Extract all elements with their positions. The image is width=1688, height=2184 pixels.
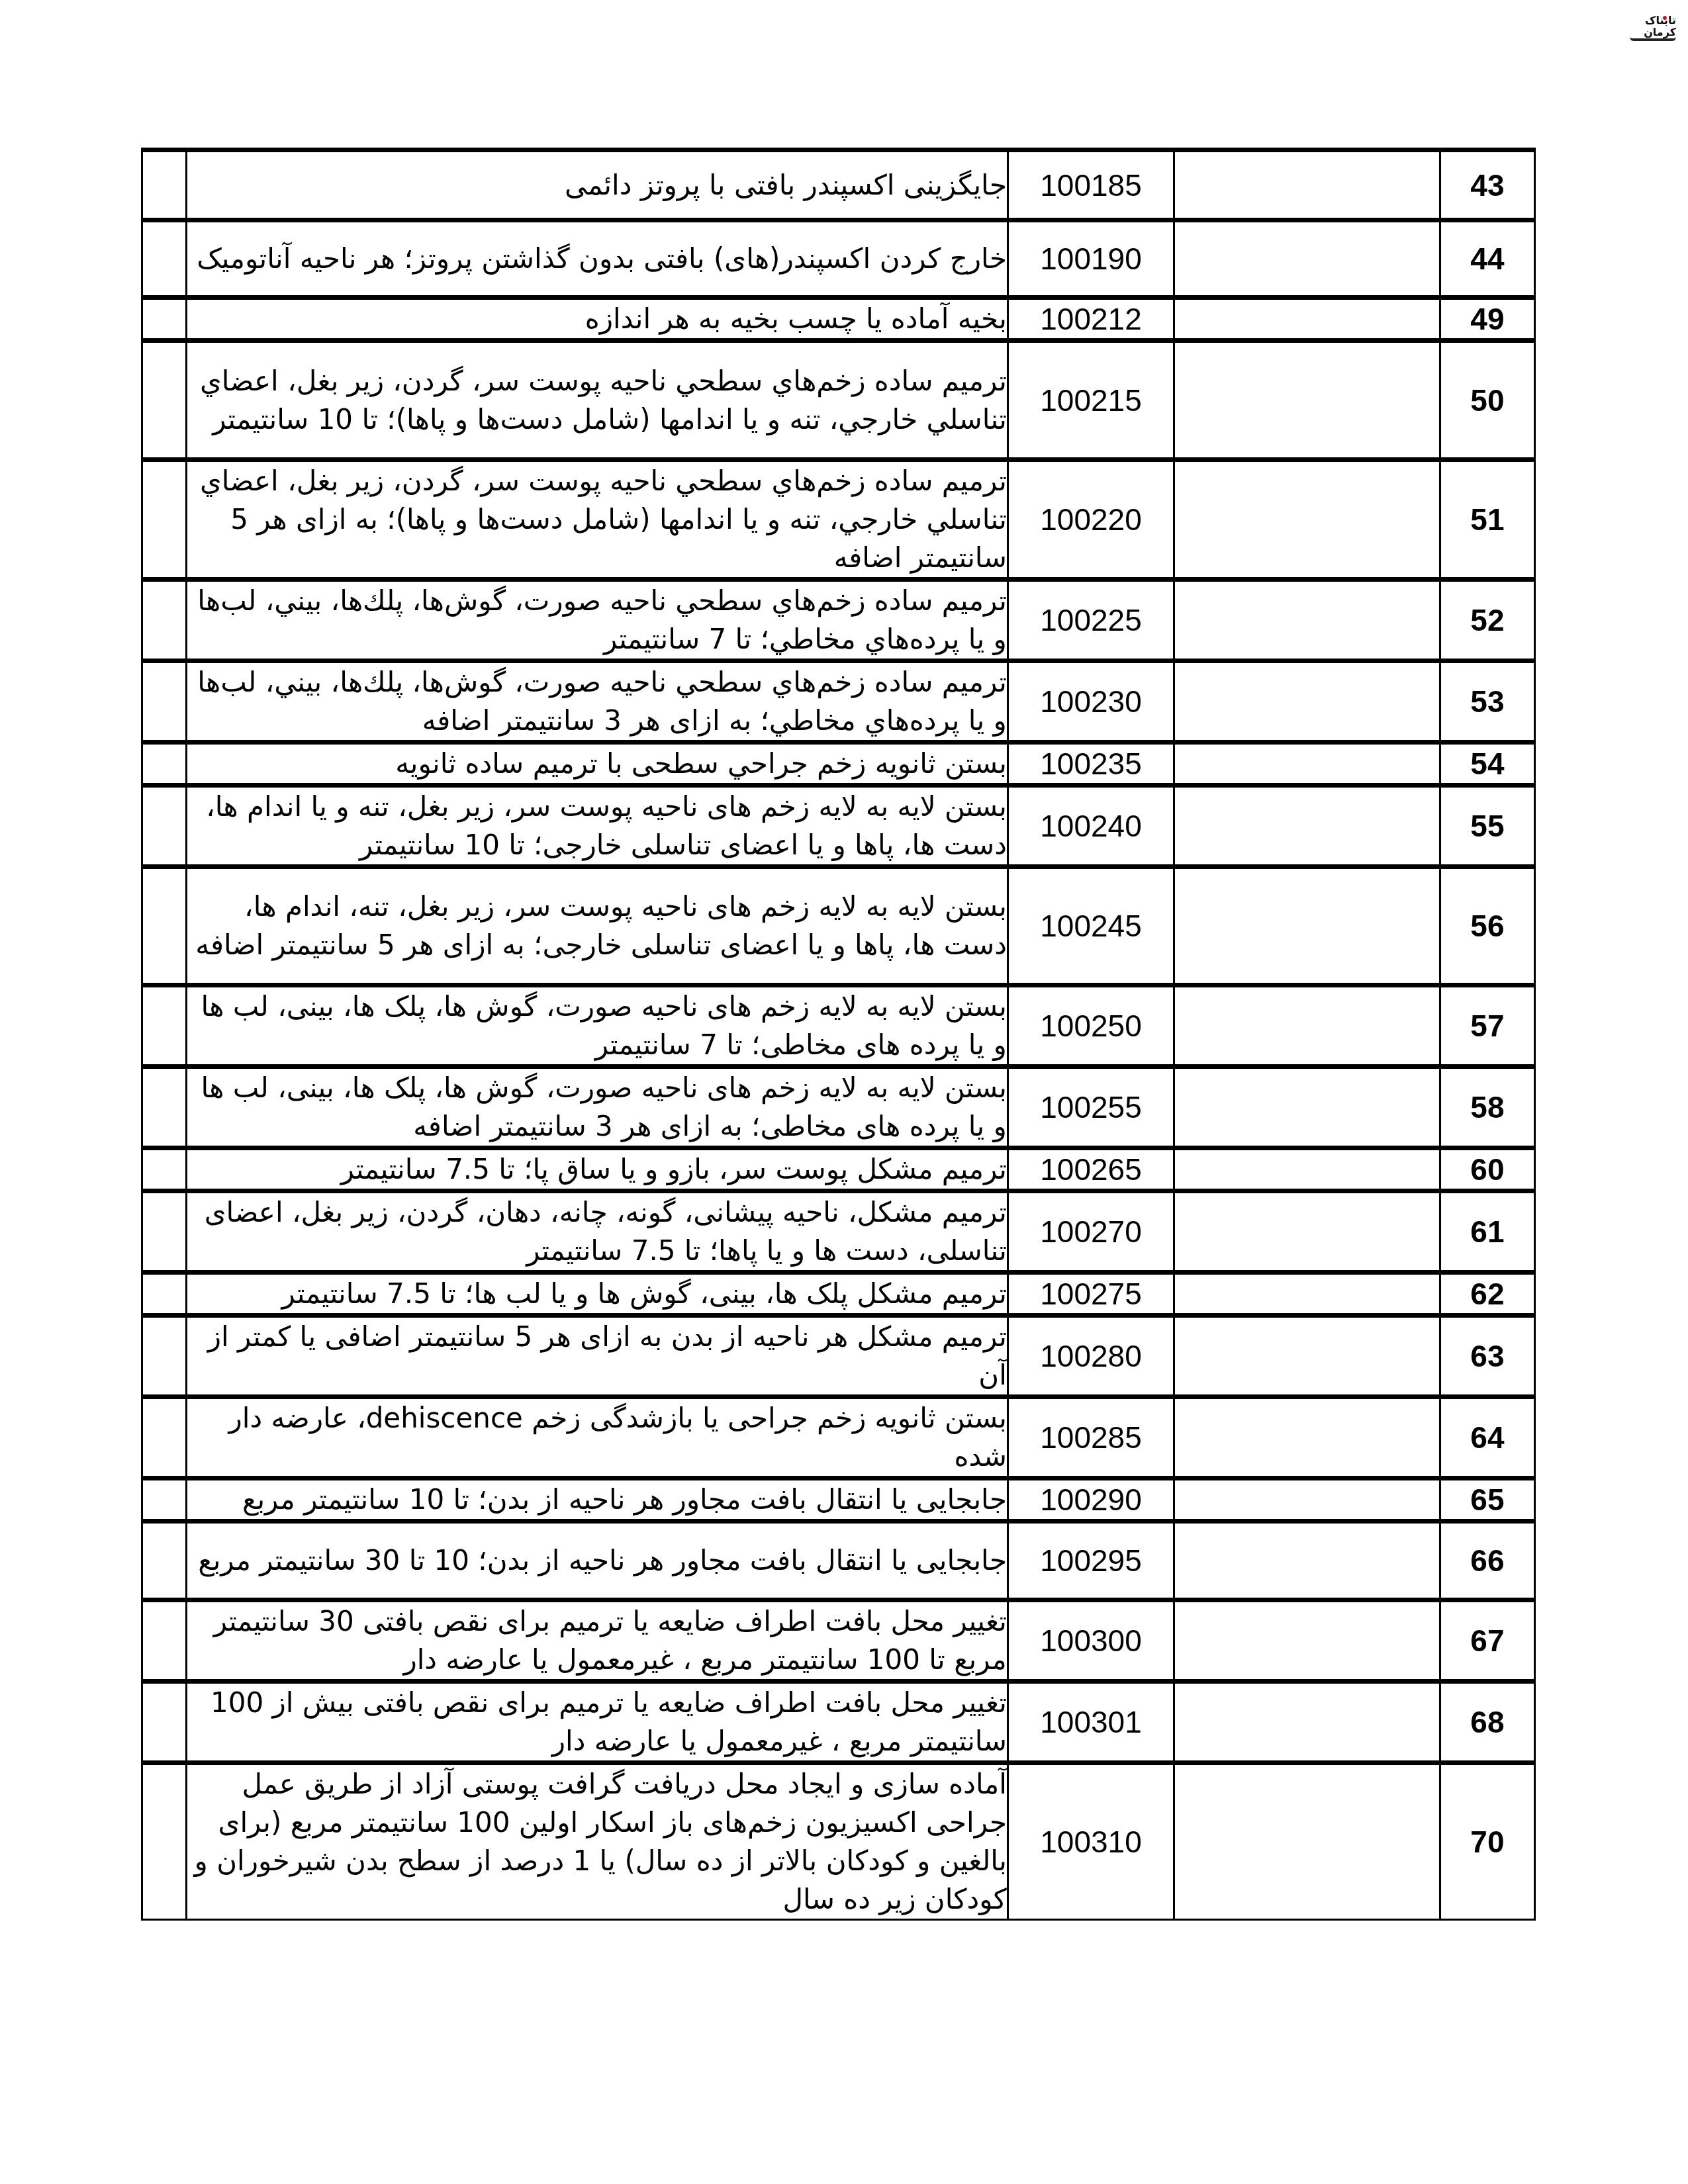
row-number-cell: 49 bbox=[1440, 298, 1534, 341]
value-cell bbox=[1174, 1397, 1440, 1479]
row-number-cell: 57 bbox=[1440, 985, 1534, 1067]
description-cell: بستن لایه به لایه زخم های ناحیه صورت، گو… bbox=[187, 985, 1008, 1067]
value-cell bbox=[1174, 1600, 1440, 1682]
service-code-cell: 100285 bbox=[1008, 1397, 1174, 1479]
service-code-cell: 100250 bbox=[1008, 985, 1174, 1067]
row-number-cell: 56 bbox=[1440, 867, 1534, 985]
margin-cell bbox=[142, 298, 187, 341]
table-row: ترميم ساده زخم‌هاي سطحي ناحيه پوست سر، گ… bbox=[142, 460, 1535, 580]
margin-cell bbox=[142, 1191, 187, 1273]
description-cell: بستن لایه به لایه زخم های ناحیه پوست سر،… bbox=[187, 867, 1008, 985]
row-number-cell: 52 bbox=[1440, 580, 1534, 661]
table-row: ترميم ساده زخم‌هاي سطحي ناحيه پوست سر، گ… bbox=[142, 341, 1535, 460]
margin-cell bbox=[142, 1148, 187, 1191]
description-cell: بستن لایه به لایه زخم های ناحیه صورت، گو… bbox=[187, 1067, 1008, 1148]
description-cell: تغییر محل بافت اطراف ضایعه یا ترمیم برای… bbox=[187, 1600, 1008, 1682]
value-cell bbox=[1174, 1682, 1440, 1763]
table-row: جابجایی یا انتقال بافت مجاور هر ناحیه از… bbox=[142, 1479, 1535, 1522]
service-code-cell: 100230 bbox=[1008, 661, 1174, 743]
logo-swoosh-icon bbox=[1630, 37, 1676, 41]
row-number-cell: 50 bbox=[1440, 341, 1534, 460]
row-number-cell: 44 bbox=[1440, 220, 1534, 298]
table-row: ترمیم مشکل، ناحیه پیشانی، گونه، چانه، ده… bbox=[142, 1191, 1535, 1273]
service-code-cell: 100225 bbox=[1008, 580, 1174, 661]
table-row: بخیه آماده یا چسب بخیه به هر اندازه10021… bbox=[142, 298, 1535, 341]
service-code-cell: 100255 bbox=[1008, 1067, 1174, 1148]
description-cell: جابجایی یا انتقال بافت مجاور هر ناحیه از… bbox=[187, 1522, 1008, 1600]
margin-cell bbox=[142, 1600, 187, 1682]
service-code-cell: 100301 bbox=[1008, 1682, 1174, 1763]
service-code-cell: 100245 bbox=[1008, 867, 1174, 985]
row-number-cell: 66 bbox=[1440, 1522, 1534, 1600]
margin-cell bbox=[142, 1479, 187, 1522]
service-code-cell: 100190 bbox=[1008, 220, 1174, 298]
row-number-cell: 58 bbox=[1440, 1067, 1534, 1148]
margin-cell bbox=[142, 985, 187, 1067]
publisher-logo: تابناک کرمان bbox=[1623, 15, 1676, 41]
description-cell: بستن لایه به لایه زخم های ناحیه پوست سر،… bbox=[187, 786, 1008, 867]
value-cell bbox=[1174, 150, 1440, 220]
table-row: بستن ثانویه زخم جراحی یا بازشدگی زخم deh… bbox=[142, 1397, 1535, 1479]
margin-cell bbox=[142, 743, 187, 786]
description-cell: ترمیم مشکل پوست سر، بازو و یا ساق پا؛ تا… bbox=[187, 1148, 1008, 1191]
value-cell bbox=[1174, 867, 1440, 985]
service-code-cell: 100280 bbox=[1008, 1316, 1174, 1397]
service-code-cell: 100185 bbox=[1008, 150, 1174, 220]
value-cell bbox=[1174, 298, 1440, 341]
table-row: ترمیم مشکل پلک ها، بینی، گوش ها و یا لب … bbox=[142, 1273, 1535, 1316]
margin-cell bbox=[142, 150, 187, 220]
service-code-cell: 100300 bbox=[1008, 1600, 1174, 1682]
margin-cell bbox=[142, 1067, 187, 1148]
table-row: آماده سازی و ایجاد محل دریافت گرافت پوست… bbox=[142, 1763, 1535, 1920]
row-number-cell: 60 bbox=[1440, 1148, 1534, 1191]
row-number-cell: 53 bbox=[1440, 661, 1534, 743]
service-code-cell: 100240 bbox=[1008, 786, 1174, 867]
logo-text: تابناک کرمان bbox=[1623, 15, 1676, 38]
service-code-cell: 100275 bbox=[1008, 1273, 1174, 1316]
row-number-cell: 65 bbox=[1440, 1479, 1534, 1522]
table-row: جابجایی یا انتقال بافت مجاور هر ناحیه از… bbox=[142, 1522, 1535, 1600]
description-cell: جابجایی یا انتقال بافت مجاور هر ناحیه از… bbox=[187, 1479, 1008, 1522]
service-code-cell: 100310 bbox=[1008, 1763, 1174, 1920]
value-cell bbox=[1174, 985, 1440, 1067]
table-row: بستن لایه به لایه زخم های ناحیه پوست سر،… bbox=[142, 867, 1535, 985]
description-cell: ترميم ساده زخم‌هاي سطحي ناحيه صورت، گوش‌… bbox=[187, 661, 1008, 743]
service-code-cell: 100235 bbox=[1008, 743, 1174, 786]
row-number-cell: 61 bbox=[1440, 1191, 1534, 1273]
description-cell: ترمیم مشکل پلک ها، بینی، گوش ها و یا لب … bbox=[187, 1273, 1008, 1316]
table-row: جایگزینی اکسپندر بافتی با پروتز دائمی100… bbox=[142, 150, 1535, 220]
margin-cell bbox=[142, 1273, 187, 1316]
service-code-cell: 100220 bbox=[1008, 460, 1174, 580]
margin-cell bbox=[142, 220, 187, 298]
margin-cell bbox=[142, 1316, 187, 1397]
table-row: ترمیم مشکل پوست سر، بازو و یا ساق پا؛ تا… bbox=[142, 1148, 1535, 1191]
description-cell: آماده سازی و ایجاد محل دریافت گرافت پوست… bbox=[187, 1763, 1008, 1920]
description-cell: ترميم ساده زخم‌هاي سطحي ناحيه پوست سر، گ… bbox=[187, 341, 1008, 460]
value-cell bbox=[1174, 580, 1440, 661]
tariff-table: جایگزینی اکسپندر بافتی با پروتز دائمی100… bbox=[141, 148, 1536, 1921]
tariff-table-body: جایگزینی اکسپندر بافتی با پروتز دائمی100… bbox=[142, 150, 1535, 1920]
service-code-cell: 100212 bbox=[1008, 298, 1174, 341]
description-cell: ترميم ساده زخم‌هاي سطحي ناحيه پوست سر، گ… bbox=[187, 460, 1008, 580]
value-cell bbox=[1174, 341, 1440, 460]
margin-cell bbox=[142, 661, 187, 743]
row-number-cell: 54 bbox=[1440, 743, 1534, 786]
table-row: ترميم ساده زخم‌هاي سطحي ناحيه صورت، گوش‌… bbox=[142, 661, 1535, 743]
row-number-cell: 64 bbox=[1440, 1397, 1534, 1479]
description-cell: تغییر محل بافت اطراف ضایعه یا ترمیم برای… bbox=[187, 1682, 1008, 1763]
margin-cell bbox=[142, 460, 187, 580]
description-cell: بخیه آماده یا چسب بخیه به هر اندازه bbox=[187, 298, 1008, 341]
table-row: ترمیم مشکل هر ناحیه از بدن به ازای هر 5 … bbox=[142, 1316, 1535, 1397]
row-number-cell: 63 bbox=[1440, 1316, 1534, 1397]
value-cell bbox=[1174, 460, 1440, 580]
margin-cell bbox=[142, 1763, 187, 1920]
table-row: تغییر محل بافت اطراف ضایعه یا ترمیم برای… bbox=[142, 1682, 1535, 1763]
margin-cell bbox=[142, 786, 187, 867]
row-number-cell: 62 bbox=[1440, 1273, 1534, 1316]
value-cell bbox=[1174, 220, 1440, 298]
description-cell: ترمیم مشکل هر ناحیه از بدن به ازای هر 5 … bbox=[187, 1316, 1008, 1397]
value-cell bbox=[1174, 1148, 1440, 1191]
value-cell bbox=[1174, 1763, 1440, 1920]
row-number-cell: 51 bbox=[1440, 460, 1534, 580]
margin-cell bbox=[142, 867, 187, 985]
margin-cell bbox=[142, 341, 187, 460]
row-number-cell: 70 bbox=[1440, 1763, 1534, 1920]
description-cell: ترميم ساده زخم‌هاي سطحي ناحيه صورت، گوش‌… bbox=[187, 580, 1008, 661]
logo-dot-icon bbox=[1663, 16, 1667, 20]
table-row: خارج کردن اکسپندر(های) بافتی بدون گذاشتن… bbox=[142, 220, 1535, 298]
description-cell: بستن ثانویه زخم جراحی یا بازشدگی زخم deh… bbox=[187, 1397, 1008, 1479]
margin-cell bbox=[142, 1397, 187, 1479]
value-cell bbox=[1174, 1479, 1440, 1522]
row-number-cell: 43 bbox=[1440, 150, 1534, 220]
value-cell bbox=[1174, 1316, 1440, 1397]
service-code-cell: 100295 bbox=[1008, 1522, 1174, 1600]
value-cell bbox=[1174, 1067, 1440, 1148]
description-cell: بستن ثانویه زخم جراحي سطحی با ترمیم ساده… bbox=[187, 743, 1008, 786]
value-cell bbox=[1174, 661, 1440, 743]
table-row: بستن ثانویه زخم جراحي سطحی با ترمیم ساده… bbox=[142, 743, 1535, 786]
service-code-cell: 100265 bbox=[1008, 1148, 1174, 1191]
row-number-cell: 55 bbox=[1440, 786, 1534, 867]
value-cell bbox=[1174, 743, 1440, 786]
value-cell bbox=[1174, 1191, 1440, 1273]
table-row: بستن لایه به لایه زخم های ناحیه صورت، گو… bbox=[142, 1067, 1535, 1148]
margin-cell bbox=[142, 1522, 187, 1600]
value-cell bbox=[1174, 1522, 1440, 1600]
row-number-cell: 67 bbox=[1440, 1600, 1534, 1682]
margin-cell bbox=[142, 580, 187, 661]
description-cell: خارج کردن اکسپندر(های) بافتی بدون گذاشتن… bbox=[187, 220, 1008, 298]
value-cell bbox=[1174, 1273, 1440, 1316]
table-row: بستن لایه به لایه زخم های ناحیه صورت، گو… bbox=[142, 985, 1535, 1067]
service-code-cell: 100290 bbox=[1008, 1479, 1174, 1522]
description-cell: ترمیم مشکل، ناحیه پیشانی، گونه، چانه، ده… bbox=[187, 1191, 1008, 1273]
row-number-cell: 68 bbox=[1440, 1682, 1534, 1763]
service-code-cell: 100215 bbox=[1008, 341, 1174, 460]
service-code-cell: 100270 bbox=[1008, 1191, 1174, 1273]
table-row: بستن لایه به لایه زخم های ناحیه پوست سر،… bbox=[142, 786, 1535, 867]
table-row: ترميم ساده زخم‌هاي سطحي ناحيه صورت، گوش‌… bbox=[142, 580, 1535, 661]
margin-cell bbox=[142, 1682, 187, 1763]
table-row: تغییر محل بافت اطراف ضایعه یا ترمیم برای… bbox=[142, 1600, 1535, 1682]
description-cell: جایگزینی اکسپندر بافتی با پروتز دائمی bbox=[187, 150, 1008, 220]
value-cell bbox=[1174, 786, 1440, 867]
